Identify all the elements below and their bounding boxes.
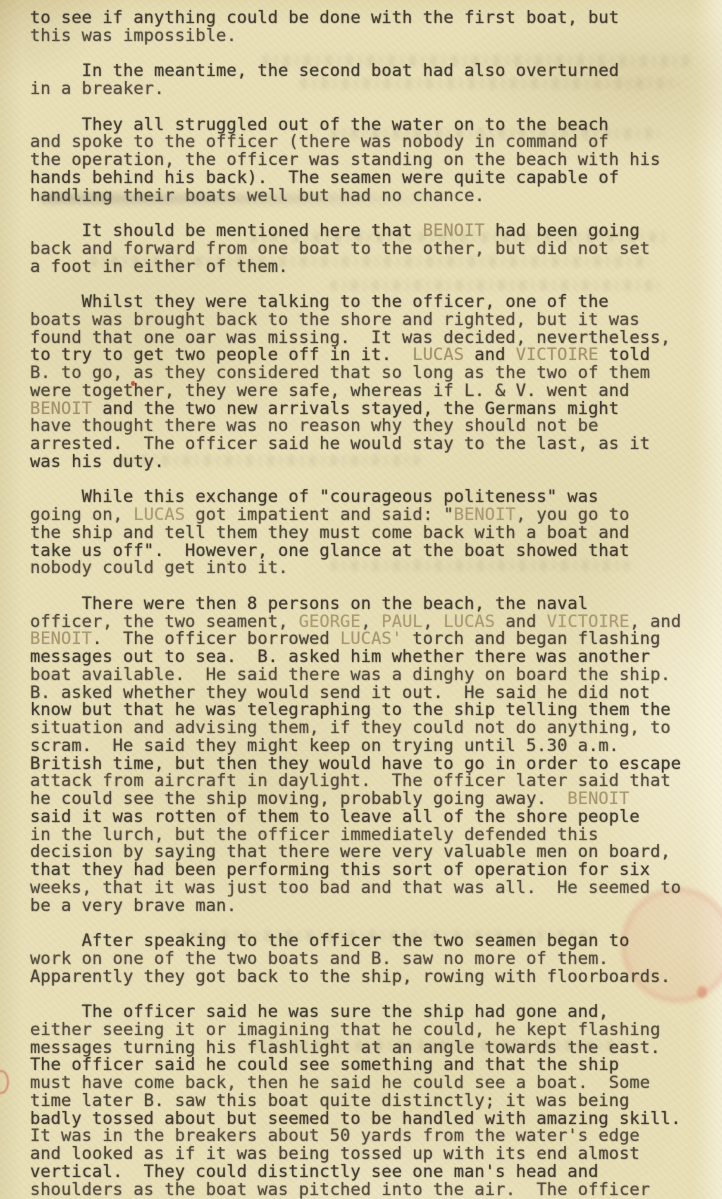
paragraph: After speaking to the officer the two se… — [30, 933, 706, 986]
paragraph: There were then 8 persons on the beach, … — [30, 596, 706, 916]
red-edge-mark — [0, 1070, 9, 1094]
paragraph: The officer said he was sure the ship ha… — [30, 1004, 706, 1199]
text-line: this was impossible. — [30, 28, 706, 46]
text-line: a foot in either of them. — [30, 259, 706, 277]
text-segment: this was impossible. — [30, 26, 237, 46]
text-line: was his duty. — [30, 454, 706, 472]
text-line: Apparently they got back to the ship, ro… — [30, 969, 706, 987]
text-line: nobody could get into it. — [30, 560, 706, 578]
text-segment: handling their boats well but had no cha… — [30, 186, 485, 206]
text-line: in a breaker. — [30, 81, 706, 99]
text-segment: a foot in either of them. — [30, 257, 288, 277]
text-segment: shoulders as the boat was pitched into t… — [30, 1180, 650, 1199]
text-segment: in a breaker. — [30, 79, 164, 99]
text-segment: was his duty. — [30, 452, 164, 472]
scanned-page: to see if anything could be done with th… — [0, 0, 722, 1199]
paragraph: to see if anything could be done with th… — [30, 10, 706, 46]
text-line: handling their boats well but had no cha… — [30, 188, 706, 206]
text-segment: be a very brave man. — [30, 896, 237, 916]
text-segment: Apparently they got back to the ship, ro… — [30, 967, 671, 987]
text-line: be a very brave man. — [30, 898, 706, 916]
paragraph: In the meantime, the second boat had als… — [30, 63, 706, 99]
paragraph: It should be mentioned here that BENOIT … — [30, 223, 706, 276]
text-segment: nobody could get into it. — [30, 558, 288, 578]
document-text: to see if anything could be done with th… — [30, 10, 706, 1199]
paragraph: While this exchange of "courageous polit… — [30, 489, 706, 578]
text-line: shoulders as the boat was pitched into t… — [30, 1182, 706, 1199]
paragraph: They all struggled out of the water on t… — [30, 117, 706, 206]
red-speck — [131, 381, 135, 386]
